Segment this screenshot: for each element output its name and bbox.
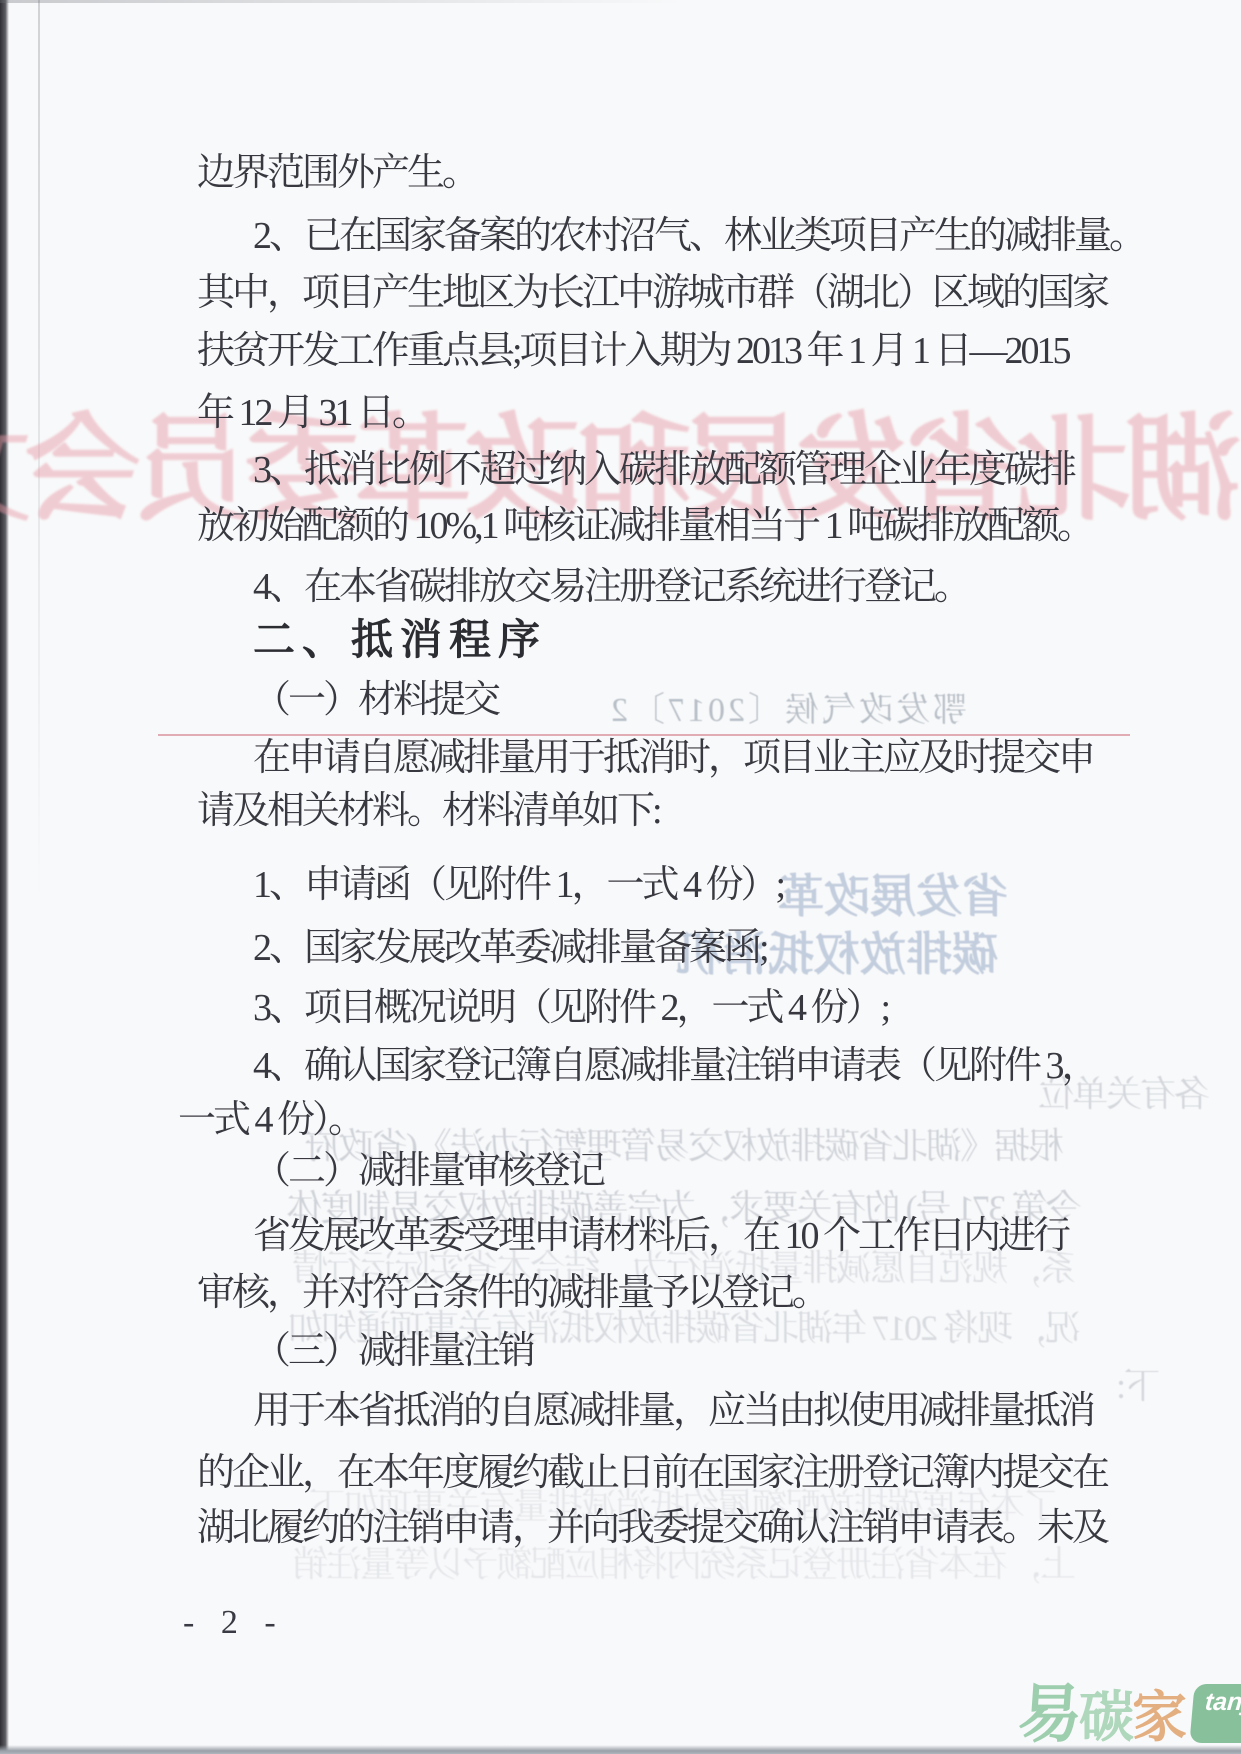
brand-badge-text: tanjiaoyi: [1204, 1689, 1241, 1715]
paper-crease: [38, 0, 40, 900]
document-line: 3、项目概况说明（见附件 2，一式 4 份）;: [253, 987, 888, 1030]
scan-edge-left: [0, 0, 9, 1754]
scan-edge-top: [0, 0, 683, 3]
document-line: （二）减排量审核登记: [253, 1150, 603, 1193]
brand-char-yi: 易: [1016, 1684, 1084, 1745]
document-line: 1、申请函（见附件 1，一式 4 份）;: [253, 864, 783, 907]
document-line: 放初始配额的 10%,1 吨核证减排量相当于 1 吨碳排放配额。: [197, 505, 1092, 548]
brand-badge: tanjiaoyi .com: [1189, 1684, 1241, 1743]
document-line: 扶贫开发工作重点县;项目计入期为 2013 年 1 月 1 日—2015: [197, 330, 1069, 373]
bleedthrough-title-fragment: 省发展改革: [778, 860, 1008, 926]
document-line: 其中，项目产生地区为长江中游城市群（湖北）区域的国家: [197, 272, 1107, 315]
brand-char-jia: 家: [1132, 1690, 1187, 1745]
document-line: 边界范围外产生。: [197, 152, 477, 195]
document-line: 的企业，在本年度履约截止日前在国家注册登记簿内提交在: [197, 1452, 1107, 1495]
bleedthrough-doc-number: 鄂发改气候〔2017〕2: [608, 682, 967, 731]
page-number: - 2 -: [183, 1604, 285, 1642]
document-line: 省发展改革委受理申请材料后，在 10 个工作日内进行: [253, 1215, 1068, 1258]
bleedthrough-red-rule: [158, 734, 1130, 736]
document-line: 4、确认国家登记簿自愿减排量注销申请表（见附件 3，: [253, 1045, 1097, 1088]
document-line: 湖北履约的注销申请，并向我委提交确认注销申请表。未及: [197, 1507, 1107, 1550]
document-line: （三）减排量注销: [253, 1330, 533, 1373]
document-line: 在申请自愿减排量用于抵消时，项目业主应及时提交申: [253, 737, 1093, 780]
scanned-document-page: 湖北省发展和改革委员会文件 鄂发改气候〔2017〕2 省发展改革 碳排放权抵消机…: [0, 0, 1241, 1754]
document-line: 2、国家发展改革委减排量备案函;: [253, 927, 767, 970]
document-line: 4、在本省碳排放交易注册登记系统进行登记。: [253, 566, 969, 609]
document-line: 二、抵消程序: [253, 618, 547, 665]
bleedthrough-text-fragment: 下:: [1118, 1358, 1160, 1409]
document-line: （一）材料提交: [253, 679, 498, 722]
document-line: 用于本省抵消的自愿减排量，应当由拟使用减排量抵消: [253, 1390, 1093, 1433]
document-line: 请及相关材料。材料清单如下:: [197, 790, 660, 833]
brand-char-tan: 碳: [1079, 1690, 1134, 1745]
document-line: 3、抵消比例不超过纳入碳排放配额管理企业年度碳排: [253, 449, 1074, 492]
brand-badge-domain: .com: [1202, 1715, 1241, 1736]
document-line: 年 12 月 31 日。: [197, 392, 427, 435]
document-line: 一式 4 份）。: [178, 1099, 363, 1142]
document-line: 2、已在国家备案的农村沼气、林业类项目产生的减排量。: [253, 215, 1144, 258]
tanjiaoyi-watermark-logo: 易 碳 家 tanjiaoyi .com: [1018, 1684, 1241, 1745]
document-line: 审核，并对符合条件的减排量予以登记。: [197, 1272, 827, 1315]
